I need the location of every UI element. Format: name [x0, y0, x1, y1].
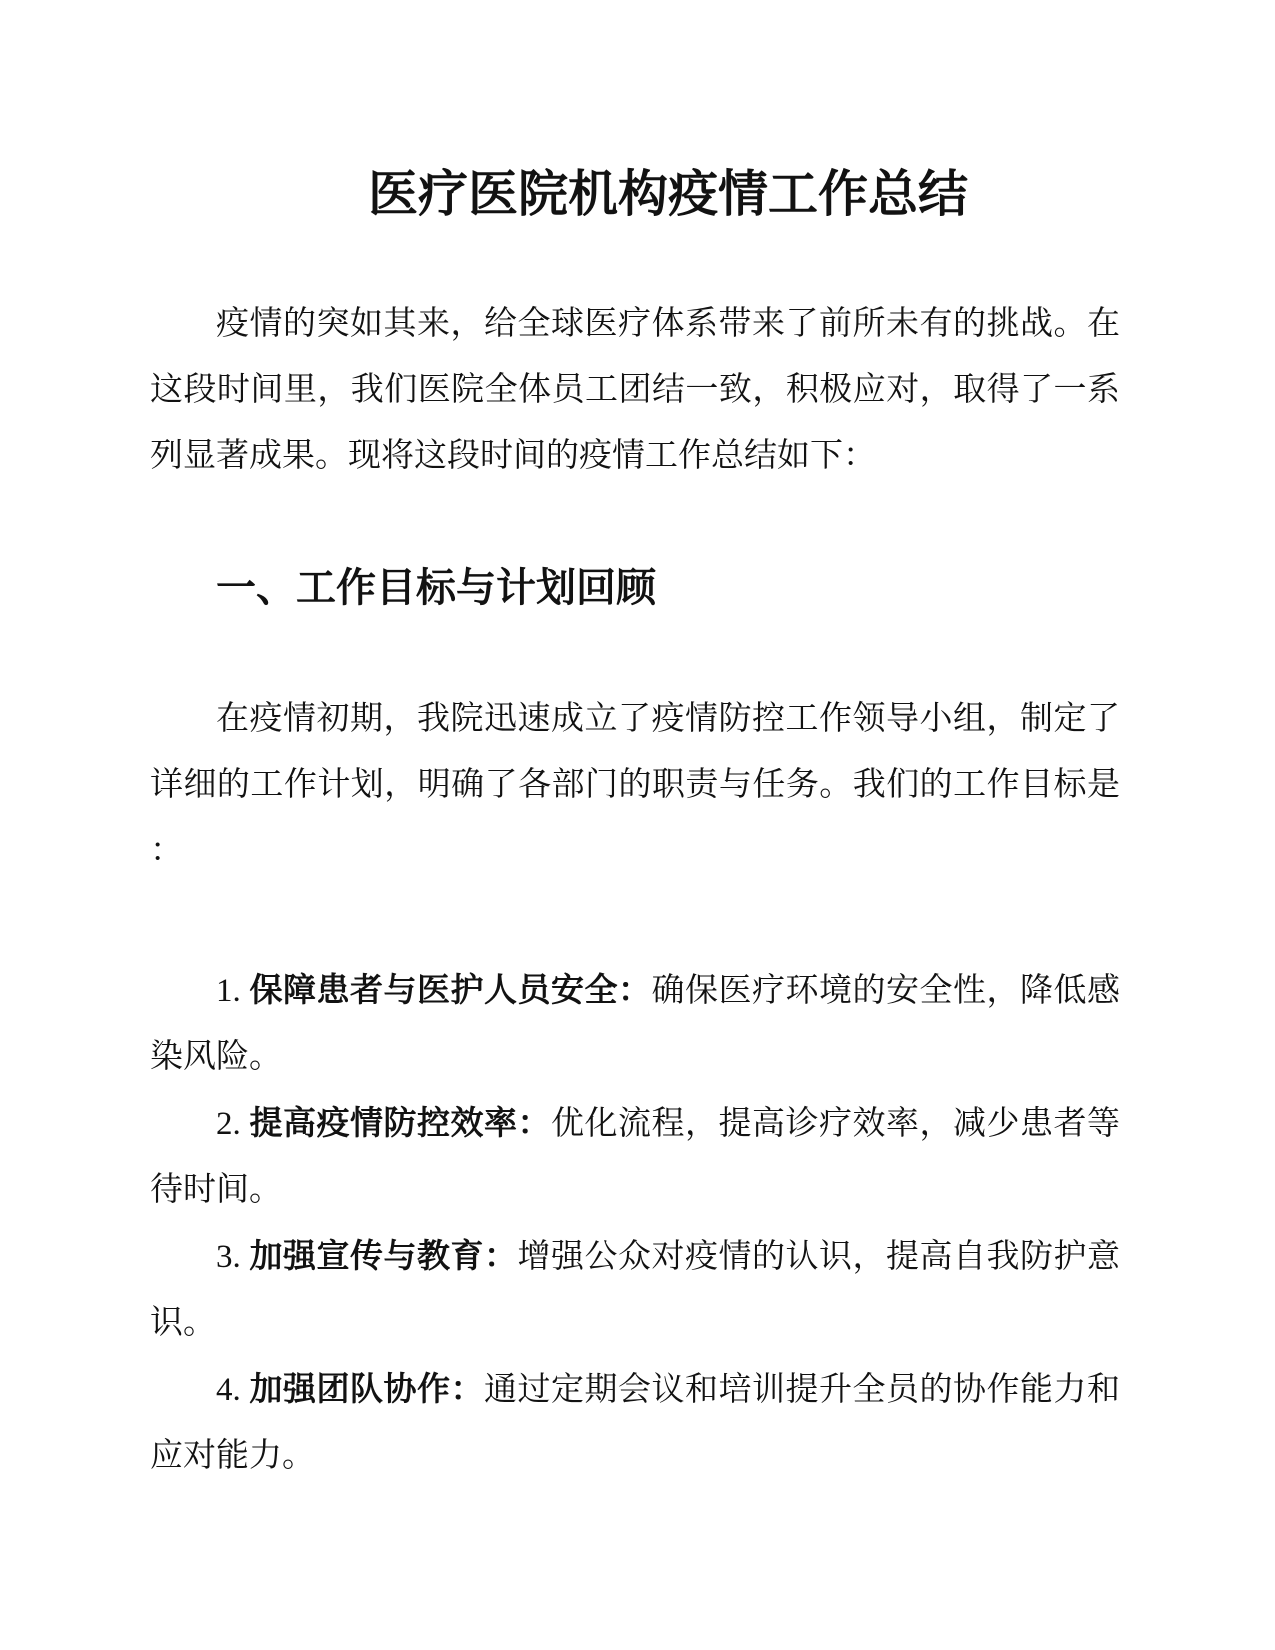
document-body: 医疗医院机构疫情工作总结 疫情的突如其来，给全球医疗体系带来了前所未有的挑战。在… — [0, 0, 1275, 1489]
goal-item-3: 3. 加强宣传与教育：增强公众对疫情的认识，提高自我防护意识。 — [150, 1223, 1120, 1356]
goal-number: 3. — [216, 1239, 250, 1275]
intro-paragraph: 疫情的突如其来，给全球医疗体系带来了前所未有的挑战。在这段时间里，我们医院全体员… — [150, 291, 1120, 489]
goals-list: 1. 保障患者与医护人员安全：确保医疗环境的安全性，降低感染风险。 2. 提高疫… — [150, 957, 1120, 1489]
section-1-lead-paragraph: 在疫情初期，我院迅速成立了疫情防控工作领导小组，制定了详细的工作计划，明确了各部… — [150, 686, 1120, 884]
goal-number: 4. — [216, 1372, 250, 1408]
goal-item-2: 2. 提高疫情防控效率：优化流程，提高诊疗效率，减少患者等待时间。 — [150, 1090, 1120, 1223]
goal-label: 保障患者与医护人员安全： — [250, 971, 652, 1008]
goal-number: 1. — [216, 973, 250, 1009]
goal-number: 2. — [216, 1106, 250, 1142]
document-page: 医疗医院机构疫情工作总结 疫情的突如其来，给全球医疗体系带来了前所未有的挑战。在… — [0, 0, 1275, 1650]
goal-item-1: 1. 保障患者与医护人员安全：确保医疗环境的安全性，降低感染风险。 — [150, 957, 1120, 1090]
goal-label: 加强团队协作： — [250, 1370, 485, 1407]
goal-label: 提高疫情防控效率： — [250, 1104, 552, 1141]
section-1-heading: 一、工作目标与计划回顾 — [150, 555, 1120, 621]
goal-label: 加强宣传与教育： — [250, 1237, 518, 1274]
goal-item-4: 4. 加强团队协作：通过定期会议和培训提升全员的协作能力和应对能力。 — [150, 1356, 1120, 1489]
document-title: 医疗医院机构疫情工作总结 — [150, 158, 1120, 230]
